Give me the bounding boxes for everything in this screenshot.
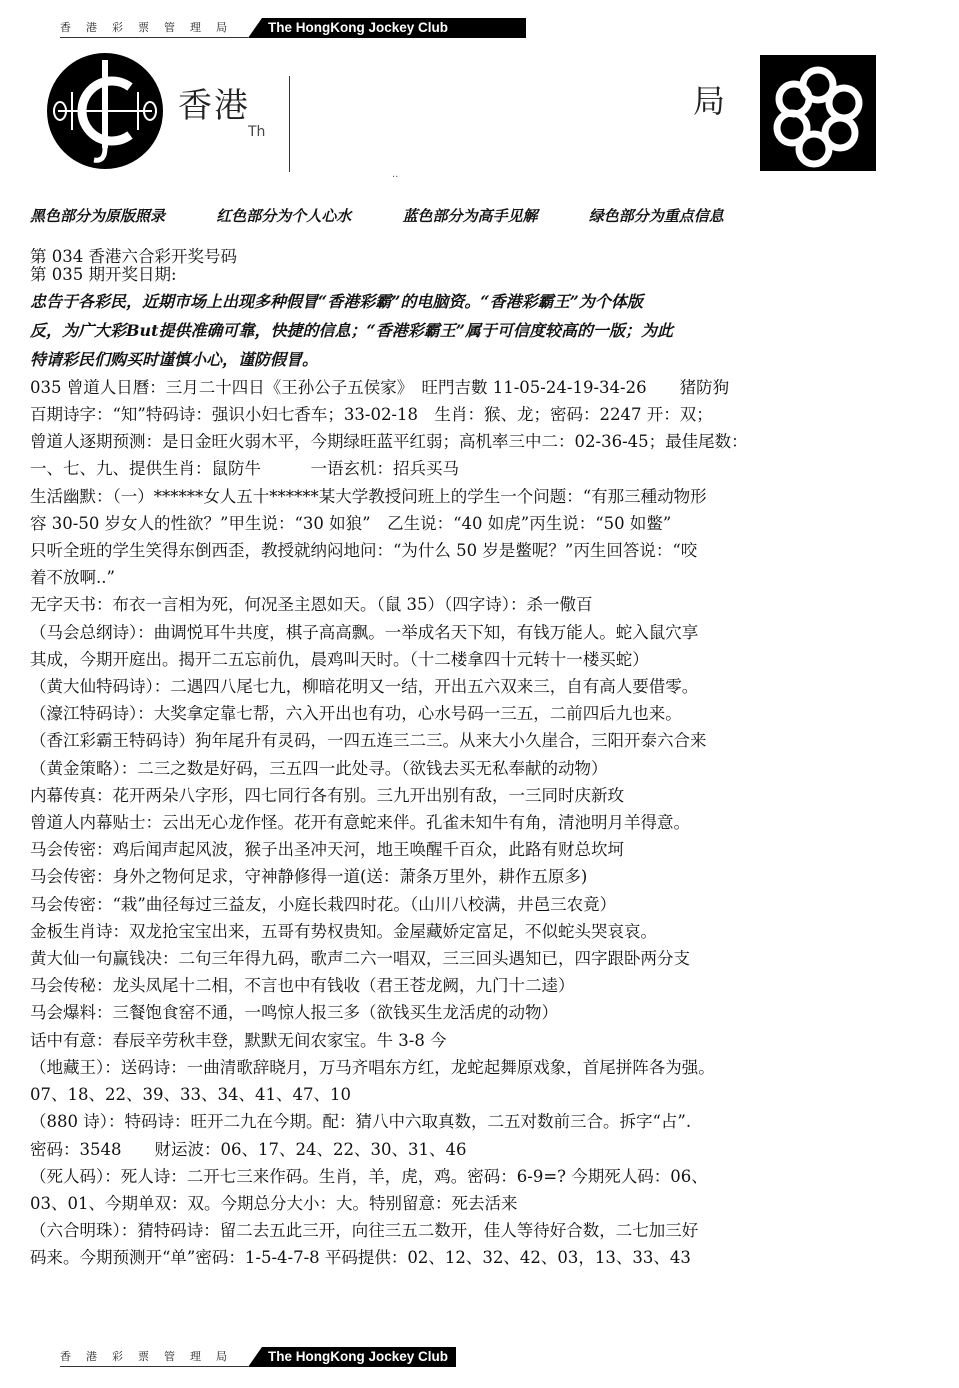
body-line: 035 曾道人日曆：三月二十四日《王孙公子五侯家》 旺門吉數 11-05-24-… <box>30 374 940 401</box>
body-line: 03、01、今期单双：双。今期总分大小：大。特别留意：死去活来 <box>30 1190 940 1217</box>
body-line: （马会总纲诗）：曲调悦耳牛共度，棋子高高飘。一举成名天下知，有钱万能人。蛇入鼠穴… <box>30 619 940 646</box>
body-line: （880 诗）：特码诗：旺开二九在今期。配：猜八中六取真数，二五对数前三合。拆字… <box>30 1108 940 1135</box>
body-line: 马会传秘：龙头凤尾十二相，不言也中有钱收（君王苍龙阙，九门十二逵） <box>30 972 940 999</box>
body-line: （黄大仙特码诗）：二遇四八尾七九，柳暗花明又一结，开出五六双来三，自有高人要借零… <box>30 673 940 700</box>
body-line: 内幕传真：花开两朵八字形，四七同行各有别。三九开出别有敌，一三同时庆新玫 <box>30 782 940 809</box>
body-line: 无字天书：布衣一言相为死，何况圣主恩如天。（鼠 35）（四字诗）：杀一儆百 <box>30 591 940 618</box>
legend-blue: 蓝色部分为高手见解 <box>403 207 538 225</box>
body-line: 金板生肖诗：双龙抢宝宝出来，五哥有势权贵知。金屋藏娇定富足，不似蛇头哭哀哀。 <box>30 918 940 945</box>
body-line: 百期诗字：“知”特码诗：强识小妇七香车；33-02-18 生肖：猴、龙；密码：2… <box>30 401 940 428</box>
footer-cn-text: 香港彩票管理局 <box>60 1348 248 1367</box>
logo-subtext: Th <box>248 124 265 140</box>
logo-dots: ·· <box>392 172 398 183</box>
legend-red: 红色部分为个人心水 <box>216 207 351 225</box>
prediction-lines: 035 曾道人日曆：三月二十四日《王孙公子五侯家》 旺門吉數 11-05-24-… <box>30 374 940 1272</box>
body-line: 生活幽默：（一）******女人五十******某大学教授问班上的学生一个问题：… <box>30 483 940 510</box>
draw-date-title: 第 035 期开奖日期: <box>30 264 940 286</box>
body-line: 着不放啊..” <box>30 564 940 591</box>
notice-line: 忠告于各彩民，近期市场上出现多种假冒“香港彩霸”的电脑资。“香港彩霸王”为个体版 <box>30 287 900 316</box>
body-line: （香江彩霸王特码诗）狗年尾升有灵码，一四五连三二三。从来大小久崖合，三阳开泰六合… <box>30 727 940 754</box>
body-line: 07、18、22、39、33、34、41、47、10 <box>30 1081 940 1108</box>
body-line: （死人码）：死人诗：二开七三来作码。生肖，羊，虎，鸡。密码：6-9=? 今期死人… <box>30 1163 940 1190</box>
body-line: 曾道人内幕贴士：云出无心龙作怪。花开有意蛇来伴。孔雀未知牛有角，清池明月羊得意。 <box>30 809 940 836</box>
notice-block: 忠告于各彩民，近期市场上出现多种假冒“香港彩霸”的电脑资。“香港彩霸王”为个体版… <box>30 287 900 374</box>
notice-line: 反，为广大彩But提供准确可靠，快捷的信息；“香港彩霸王”属于可信度较高的一版；… <box>30 316 900 345</box>
body-line: （黄金策略）：二三之数是好码，三五四一此处寻。（欲钱去买无私奉献的动物） <box>30 755 940 782</box>
body-line: （地藏王）：送码诗：一曲清歌辞晓月，万马齐唱东方红，龙蛇起舞原戏象，首尾拼阵各为… <box>30 1054 940 1081</box>
legend-black: 黑色部分为原版照录 <box>30 207 165 225</box>
body-line: 密码：3548 财运波：06、17、24、22、30、31、46 <box>30 1136 940 1163</box>
logo-text: 香港 <box>178 78 250 127</box>
body-line: 马会传密：身外之物何足求，守神静修得一道(送：萧条万里外，耕作五原多) <box>30 863 940 890</box>
footer-en-text: The HongKong Jockey Club <box>248 1347 456 1367</box>
body-line: 容 30-50 岁女人的性欲？”甲生说：“30 如狼” 乙生说：“40 如虎”丙… <box>30 510 940 537</box>
body-line: 马会爆料：三餐饱食窑不通，一鸣惊人报三多（欲钱买生龙活虎的动物） <box>30 999 940 1026</box>
body-line: 曾道人逐期预测：是日金旺火弱木平，今期绿旺蓝平红弱；高机率三中二：02-36-4… <box>30 428 940 455</box>
color-legend: 黑色部分为原版照录 红色部分为个人心水 蓝色部分为高手见解 绿色部分为重点信息 <box>30 205 750 226</box>
header-banner: 香港彩票管理局 The HongKong Jockey Club <box>60 16 526 38</box>
body-line: 其成，今期开庭出。揭开二五忘前仇，晨鸡叫天时。（十二楼拿四十元转十一楼买蛇） <box>30 646 940 673</box>
flower-rings-logo-icon <box>760 55 876 171</box>
banner-en-text: The HongKong Jockey Club <box>248 18 526 38</box>
body-line: （濠江特码诗）：大奖拿定靠七帮，六入开出也有功，心水号码一三五，二前四后九也来。 <box>30 700 940 727</box>
logo-char: 局 <box>693 76 725 122</box>
notice-line: 特请彩民们购买时谨慎小心，谨防假冒。 <box>30 345 900 374</box>
body-line: 话中有意：春辰辛劳秋丰登，默默无间农家宝。牛 3-8 今 <box>30 1027 940 1054</box>
legend-green: 绿色部分为重点信息 <box>589 207 724 225</box>
body-line: 一、七、九、提供生肖：鼠防牛 一语玄机：招兵买马 <box>30 455 940 482</box>
body-line: 黄大仙一句赢钱决：二句三年得九码，歌声二六一唱双，三三回头遇知已，四字跟卧两分支 <box>30 945 940 972</box>
body-line: 马会传密：“栽”曲径每过三益友，小庭长栽四时花。（山川八校满，井邑三农竟） <box>30 891 940 918</box>
hkjc-emblem-icon <box>46 52 164 170</box>
body-line: 码来。今期预测开“单”密码：1-5-4-7-8 平码提供：02、12、32、42… <box>30 1244 940 1271</box>
body-line: 马会传密：鸡后闻声起风波，猴子出圣冲天河，地王唤醒千百众，此路有财总坎坷 <box>30 836 940 863</box>
body-line: 只听全班的学生笑得东倒西歪，教授就纳闷地问：“为什么 50 岁是鳖呢？”丙生回答… <box>30 537 940 564</box>
body-line: （六合明珠）：猜特码诗：留二去五此三开，向往三五二数开，佳人等待好合数，二七加三… <box>30 1217 940 1244</box>
logo-divider <box>289 76 290 172</box>
footer-banner: 香港彩票管理局 The HongKong Jockey Club <box>60 1345 456 1367</box>
banner-cn-text: 香港彩票管理局 <box>60 19 248 38</box>
document-body: 第 034 香港六合彩开奖号码 第 035 期开奖日期: 忠告于各彩民，近期市场… <box>30 246 940 1272</box>
